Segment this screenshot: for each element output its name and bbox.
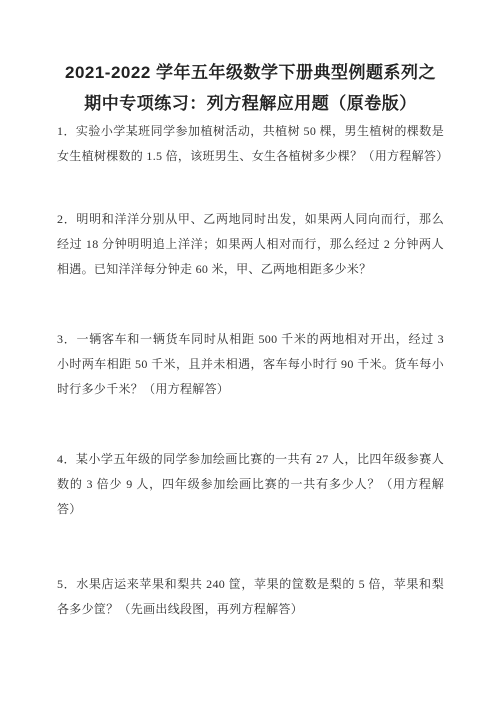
question-text: 4．某小学五年级的同学参加绘画比赛的一共有 27 人，比四年级参赛人数的 3 倍… [57, 452, 444, 516]
document-title: 2021-2022 学年五年级数学下册典型例题系列之 期中专项练习：列方程解应用… [57, 57, 444, 119]
question-text: 3．一辆客车和一辆货车同时从相距 500 千米的两地相对开出，经过 3 小时两车… [57, 332, 444, 396]
question-list: 1．实验小学某班同学参加植树活动，共植树 50 棵，男生植树的棵数是女生植树棵数… [57, 119, 444, 622]
question-text: 1．实验小学某班同学参加植树活动，共植树 50 棵，男生植树的棵数是女生植树棵数… [57, 124, 449, 163]
question-item: 3．一辆客车和一辆货车同时从相距 500 千米的两地相对开出，经过 3 小时两车… [57, 327, 444, 402]
question-item: 1．实验小学某班同学参加植树活动，共植树 50 棵，男生植树的棵数是女生植树棵数… [57, 119, 444, 169]
question-item: 5．水果店运来苹果和梨共 240 筐，苹果的筐数是梨的 5 倍，苹果和梨各多少筐… [57, 572, 444, 622]
question-item: 4．某小学五年级的同学参加绘画比赛的一共有 27 人，比四年级参赛人数的 3 倍… [57, 447, 444, 522]
question-text: 2．明明和洋洋分别从甲、乙两地同时出发，如果两人同向而行，那么经过 18 分钟明… [57, 212, 444, 276]
document-title-line2: 期中专项练习：列方程解应用题（原卷版） [57, 88, 444, 119]
worksheet-page: 2021-2022 学年五年级数学下册典型例题系列之 期中专项练习：列方程解应用… [0, 0, 500, 707]
document-title-line1: 2021-2022 学年五年级数学下册典型例题系列之 [57, 57, 444, 88]
question-text: 5．水果店运来苹果和梨共 240 筐，苹果的筐数是梨的 5 倍，苹果和梨各多少筐… [57, 577, 444, 616]
question-item: 2．明明和洋洋分别从甲、乙两地同时出发，如果两人同向而行，那么经过 18 分钟明… [57, 207, 444, 282]
